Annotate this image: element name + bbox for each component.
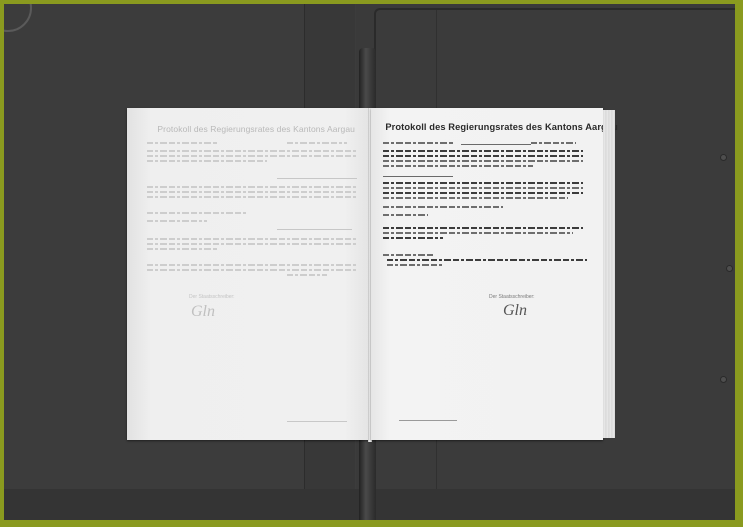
text-line (147, 196, 357, 198)
text-line (147, 269, 357, 271)
right-page: Protokoll des Regierungsrates des Kanton… (371, 108, 603, 440)
left-page: Protokoll des Regierungsrates des Kanton… (127, 108, 369, 440)
screw-icon (720, 376, 727, 383)
text-line (147, 150, 357, 152)
spine-clamp-top (359, 48, 376, 114)
text-line (147, 264, 357, 266)
text-line (383, 165, 533, 167)
text-line (383, 227, 583, 229)
page-edges (603, 110, 615, 438)
footer-rule (399, 420, 457, 421)
left-signature-label: Der Staatsschreiber: (189, 294, 235, 300)
text-line (287, 274, 327, 276)
text-line (383, 150, 583, 152)
footer-rule (287, 421, 347, 422)
text-line (387, 264, 442, 266)
text-line (383, 192, 583, 194)
screw-icon (720, 154, 727, 161)
text-line (147, 220, 207, 222)
text-line (387, 259, 587, 261)
text-line (147, 191, 357, 193)
text-line (383, 232, 573, 234)
spine-clamp-bottom (359, 440, 376, 520)
text-line (383, 206, 503, 208)
text-line (383, 254, 433, 256)
text-line (147, 160, 267, 162)
text-line (531, 142, 576, 144)
divider (461, 144, 531, 145)
text-line (383, 197, 568, 199)
text-line (147, 186, 357, 188)
right-signature-label: Der Staatsschreiber: (489, 294, 535, 300)
text-line (147, 142, 217, 144)
divider (277, 178, 357, 179)
text-line (383, 182, 583, 184)
text-line (147, 248, 217, 250)
left-page-title: Protokoll des Regierungsrates des Kanton… (157, 124, 355, 134)
divider (383, 176, 453, 177)
text-line (383, 142, 453, 144)
text-line (147, 155, 357, 157)
text-line (383, 237, 443, 239)
text-line (383, 187, 583, 189)
text-line (287, 142, 347, 144)
right-page-title: Protokoll des Regierungsrates des Kanton… (385, 122, 618, 133)
text-line (147, 243, 357, 245)
text-line (383, 160, 583, 162)
screw-icon (726, 265, 733, 272)
text-line (383, 155, 583, 157)
left-signature: Gln (191, 303, 215, 321)
text-line (383, 214, 428, 216)
text-line (147, 238, 357, 240)
right-signature: Gln (503, 302, 527, 320)
text-line (147, 212, 247, 214)
open-book: Protokoll des Regierungsrates des Kanton… (125, 108, 617, 442)
divider (277, 229, 352, 230)
